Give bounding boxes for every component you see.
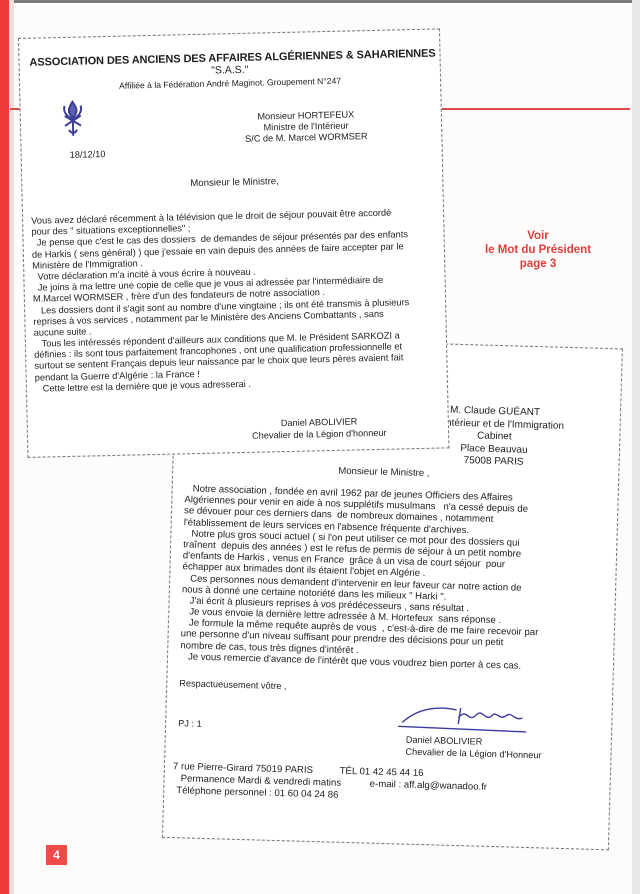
letter1-salutation: Monsieur le Ministre, — [190, 176, 279, 189]
see-note-line: page 3 — [468, 257, 608, 271]
letter2-salutation: Monsieur le Ministre , — [338, 466, 429, 480]
page-number-badge: 4 — [46, 845, 67, 865]
left-accent-edge — [9, 0, 14, 894]
letter2-signatory: Daniel ABOLIVIER Chevalier de la Légion … — [405, 734, 542, 762]
footer-email: e-mail : aff.alg@wanadoo.fr — [370, 779, 488, 793]
see-note-line: Voir — [468, 229, 608, 243]
left-accent-bar — [0, 0, 9, 894]
letter2-closing: Respactueusement vôtre , — [179, 677, 287, 692]
footer-phone: TÉL 01 42 45 44 16 — [339, 766, 423, 779]
signatory-title: Chevalier de la Légion d'Honneur — [405, 746, 541, 762]
signatory-title: Chevalier de la Légion d'honneur — [252, 427, 387, 442]
letter2-footer: 7 rue Pierre-Girard 75019 PARIS TÉL 01 4… — [172, 761, 487, 806]
letter-hortefeux: ASSOCIATION DES ANCIENS DES AFFAIRES ALG… — [18, 28, 449, 457]
letter1-signatory: Daniel ABOLIVIER Chevalier de la Légion … — [252, 415, 387, 442]
letter2-enclosure: PJ : 1 — [178, 717, 202, 730]
top-edge-strip — [0, 0, 640, 3]
letter1-recipient: Monsieur HORTEFEUX Ministre de l'Intérie… — [181, 108, 432, 147]
right-page-edge — [632, 0, 640, 894]
letter1-date: 18/12/10 — [70, 149, 106, 160]
see-note-line: le Mot du Président — [468, 243, 608, 257]
signature-icon — [396, 698, 537, 734]
letter1-body: Vous avez déclaré récemment à la télévis… — [31, 207, 411, 394]
see-president-note: Voir le Mot du Président page 3 — [468, 229, 608, 271]
fleur-de-lis-logo-icon — [60, 100, 85, 141]
letter2-body: Notre association , fondée en avril 1962… — [180, 483, 542, 672]
